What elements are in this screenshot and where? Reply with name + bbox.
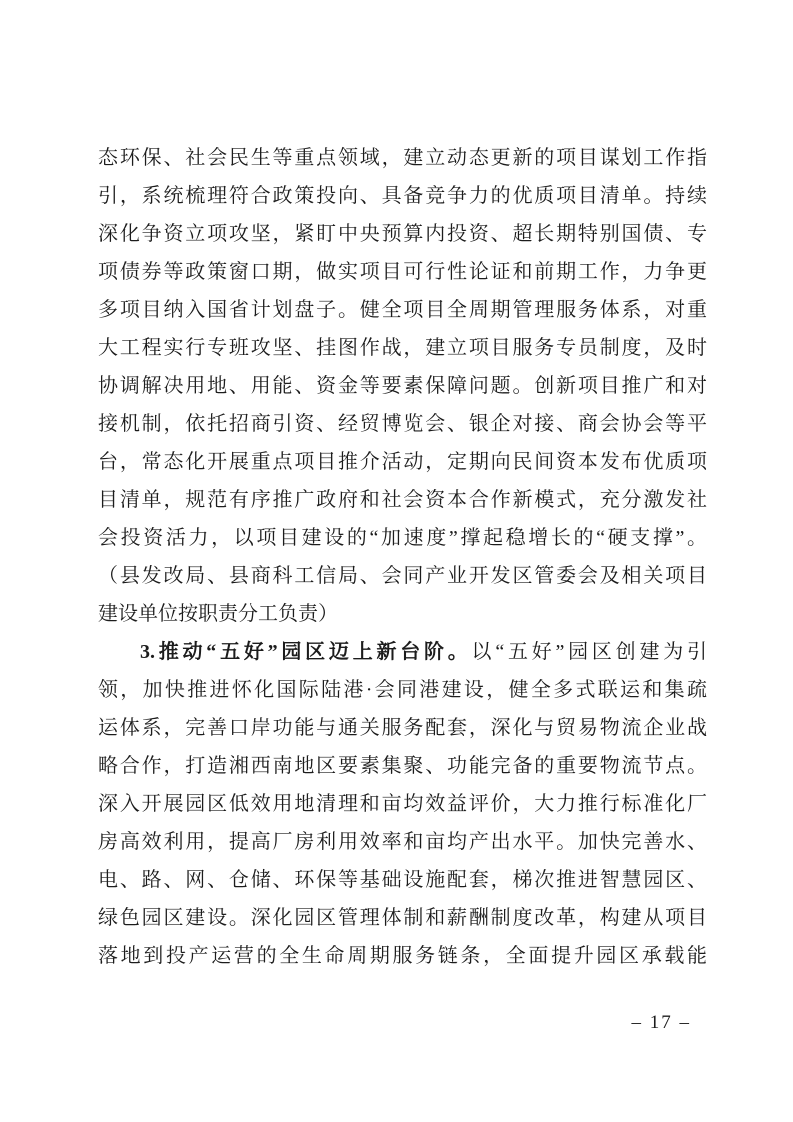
text-line: 运体系，完善口岸功能与通关服务配套，深化与贸易物流企业战 [98, 709, 707, 747]
paragraph-end-line: 建设单位按职责分工负责） [98, 595, 707, 633]
text-line: 深化争资立项攻坚，紧盯中央预算内投资、超长期特别国债、专 [98, 215, 707, 253]
text-line: 电、路、网、仓储、环保等基础设施配套，梯次推进智慧园区、 [98, 861, 707, 899]
text-line: （县发改局、县商科工信局、会同产业开发区管委会及相关项目 [98, 557, 707, 595]
text-line: 绿色园区建设。深化园区管理体制和薪酬制度改革，构建从项目 [98, 899, 707, 937]
text-line: 引，系统梳理符合政策投向、具备竞争力的优质项目清单。持续 [98, 177, 707, 215]
text-line: 目清单，规范有序推广政府和社会资本合作新模式，充分激发社 [98, 481, 707, 519]
text-line: 台，常态化开展重点项目推介活动，定期向民间资本发布优质项 [98, 443, 707, 481]
text-line: 房高效利用，提高厂房利用效率和亩均产出水平。加快完善水、 [98, 823, 707, 861]
text-line: 多项目纳入国省计划盘子。健全项目全周期管理服务体系，对重 [98, 291, 707, 329]
document-page: 态环保、社会民生等重点领域，建立动态更新的项目谋划工作指 引，系统梳理符合政策投… [0, 0, 793, 1122]
text-line: 会投资活力，以项目建设的“加速度”撑起稳增长的“硬支撑”。 [98, 519, 707, 557]
text-line: 落地到投产运营的全生命周期服务链条，全面提升园区承载能 [98, 937, 707, 975]
text-line: 项债券等政策窗口期，做实项目可行性论证和前期工作，力争更 [98, 253, 707, 291]
section-heading-bold: 3.推动“五好”园区迈上新台阶。 [140, 641, 472, 663]
text-line: 深入开展园区低效用地清理和亩均效益评价，大力推行标准化厂 [98, 785, 707, 823]
text-line: 以“五好”园区创建为引 [472, 641, 707, 663]
section-heading-line: 3.推动“五好”园区迈上新台阶。以“五好”园区创建为引 [98, 633, 707, 671]
text-line: 接机制，依托招商引资、经贸博览会、银企对接、商会协会等平 [98, 405, 707, 443]
body-text-block: 态环保、社会民生等重点领域，建立动态更新的项目谋划工作指 引，系统梳理符合政策投… [98, 139, 707, 975]
page-number: – 17 – [632, 1012, 692, 1034]
text-line: 领，加快推进怀化国际陆港·会同港建设，健全多式联运和集疏 [98, 671, 707, 709]
text-line: 略合作，打造湘西南地区要素集聚、功能完备的重要物流节点。 [98, 747, 707, 785]
text-line: 态环保、社会民生等重点领域，建立动态更新的项目谋划工作指 [98, 139, 707, 177]
text-line: 协调解决用地、用能、资金等要素保障问题。创新项目推广和对 [98, 367, 707, 405]
text-line: 大工程实行专班攻坚、挂图作战，建立项目服务专员制度，及时 [98, 329, 707, 367]
